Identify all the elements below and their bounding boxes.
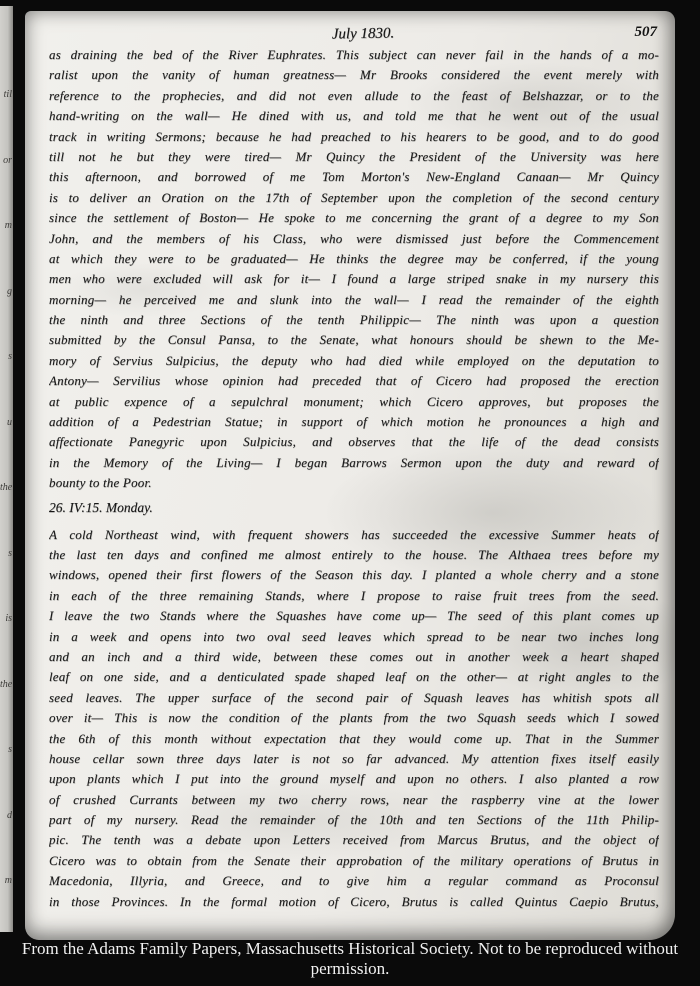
- margin-fragment: m: [0, 876, 12, 886]
- entry-line: upon plants which I put into the ground …: [49, 769, 659, 789]
- margin-fragment: d: [0, 811, 12, 821]
- entry-line: submitted by the Consul Pansa, to the Se…: [49, 330, 659, 350]
- margin-fragment: u: [0, 418, 12, 428]
- page-number: 507: [635, 24, 658, 41]
- entry-line: the last ten days and confined me almost…: [49, 545, 659, 565]
- entry-line: part of my nursery. Read the remainder o…: [49, 810, 659, 830]
- entry-line: mory of Servius Sulpicius, the deputy wh…: [49, 351, 659, 371]
- entry-line: at public expence of a sepulchral monume…: [49, 392, 659, 412]
- entry-line: as draining the bed of the River Euphrat…: [49, 45, 659, 65]
- archive-credit-caption: From the Adams Family Papers, Massachuse…: [0, 939, 700, 979]
- entry-line: till not he but they were tired— Mr Quin…: [49, 147, 659, 167]
- entry-line: in each of the three remaining Stands, w…: [49, 586, 659, 606]
- diary-entry-july26: A cold Northeast wind, with frequent sho…: [25, 525, 675, 912]
- entry-line: morning— he perceived me and slunk into …: [49, 290, 659, 310]
- diary-entry-july25: as draining the bed of the River Euphrat…: [25, 45, 675, 494]
- page-header: July 1830. 507: [25, 11, 675, 45]
- entry-line: since the settlement of Boston— He spoke…: [49, 208, 659, 228]
- entry-line: bounty to the Poor.: [49, 473, 659, 493]
- entry-line: in those Provinces. In the formal motion…: [49, 892, 659, 912]
- entry-line: of crushed Currants between my two cherr…: [49, 790, 659, 810]
- entry-line: track in writing Sermons; because he had…: [49, 127, 659, 147]
- entry-line: Antony— Servilius whose opinion had prec…: [49, 371, 659, 391]
- entry-line: the ninth and three Sections of the tent…: [49, 310, 659, 330]
- margin-fragment: s: [0, 549, 12, 559]
- entry-line: Cicero was to obtain from the Senate the…: [49, 851, 659, 871]
- margin-fragment: is: [0, 614, 12, 624]
- adjacent-page-sliver: tilormgsuthesisthesdm: [0, 6, 13, 932]
- margin-fragment: s: [0, 352, 12, 362]
- entry-line: over it— This is now the condition of th…: [49, 708, 659, 728]
- margin-fragment: or: [0, 156, 12, 166]
- entry-line: ralist upon the vanity of human greatnes…: [49, 65, 659, 85]
- entry-line: and an inch and a third wide, between th…: [49, 647, 659, 667]
- margin-fragment: m: [0, 221, 12, 231]
- entry-line: Macedonia, Illyria, and Greece, and to g…: [49, 871, 659, 891]
- margin-fragment: the: [0, 680, 12, 690]
- entry-line: in the Memory of the Living— I began Bar…: [49, 453, 659, 473]
- entry-line: leaf on one side, and a denticulated spa…: [49, 667, 659, 687]
- margin-fragment: s: [0, 745, 12, 755]
- entry-line: at which they were to be graduated— He t…: [49, 249, 659, 269]
- entry-heading-monday: 26. IV:15. Monday.: [49, 500, 675, 516]
- entry-line: in a week and opens into two oval seed l…: [49, 627, 659, 647]
- entry-line: house cellar sown three days later is no…: [49, 749, 659, 769]
- margin-fragment: til: [0, 90, 12, 100]
- entry-line: A cold Northeast wind, with frequent sho…: [49, 525, 659, 545]
- entry-line: this afternoon, and borrowed of me Tom M…: [49, 167, 659, 187]
- margin-fragment: the: [0, 483, 12, 493]
- entry-line: pic. The tenth was a debate upon Letters…: [49, 830, 659, 850]
- entry-line: addition of a Pedestrian Statue; in supp…: [49, 412, 659, 432]
- margin-fragment: g: [0, 287, 12, 297]
- page-header-date: July 1830.: [332, 25, 395, 43]
- entry-line: I leave the two Stands where the Squashe…: [49, 606, 659, 626]
- entry-line: reference to the prophecies, and did not…: [49, 86, 659, 106]
- entry-line: seed leaves. The upper surface of the se…: [49, 688, 659, 708]
- entry-line: windows, opened their first flowers of t…: [49, 565, 659, 585]
- entry-line: the 6th of this month without expectatio…: [49, 729, 659, 749]
- entry-line: hand-writing on the wall— He dined with …: [49, 106, 659, 126]
- manuscript-page: July 1830. 507 as draining the bed of th…: [25, 11, 675, 940]
- entry-line: is to deliver an Oration on the 17th of …: [49, 188, 659, 208]
- entry-line: men who were excluded will ask for it— I…: [49, 269, 659, 289]
- entry-line: John, and the members of his Class, who …: [49, 229, 659, 249]
- entry-line: affectionate Panegyric upon Sulpicius, a…: [49, 432, 659, 452]
